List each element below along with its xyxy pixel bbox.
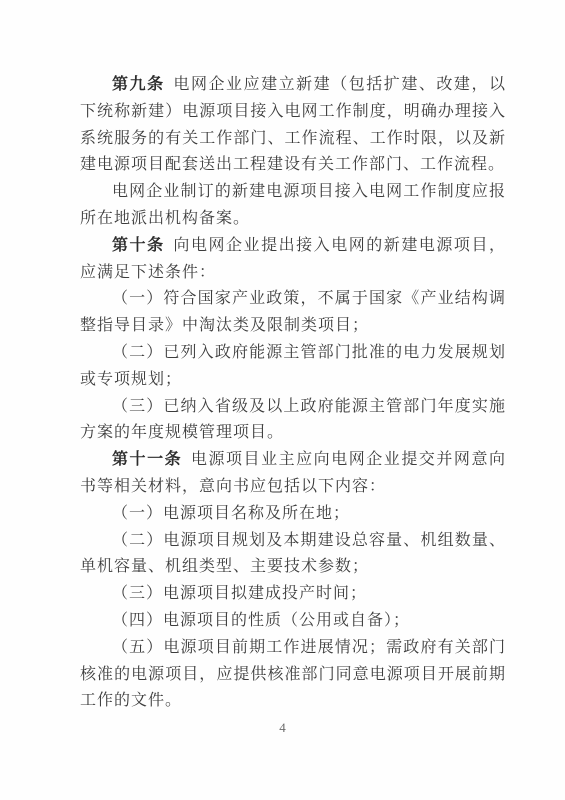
paragraph: （三）已纳入省级及以上政府能源主管部门年度实施方案的年度规模管理项目。 <box>80 394 506 448</box>
paragraph: 第十条向电网企业提出接入电网的新建电源项目，应满足下述条件： <box>80 233 506 287</box>
paragraph: （二）电源项目规划及本期建设总容量、机组数量、单机容量、机组类型、主要技术参数； <box>80 528 506 582</box>
paragraph-text: （一）符合国家产业政策，不属于国家《产业结构调整指导目录》中淘汰类及限制类项目； <box>80 290 506 334</box>
paragraph-text: （五）电源项目前期工作进展情况；需政府有关部门核准的电源项目，应提供核准部门同意… <box>80 639 506 710</box>
paragraph: （一）符合国家产业政策，不属于国家《产业结构调整指导目录》中淘汰类及限制类项目； <box>80 286 506 340</box>
paragraph: （一）电源项目名称及所在地； <box>80 501 506 528</box>
paragraph-text: （二）电源项目规划及本期建设总容量、机组数量、单机容量、机组类型、主要技术参数； <box>80 532 506 576</box>
paragraph: （五）电源项目前期工作进展情况；需政府有关部门核准的电源项目，应提供核准部门同意… <box>80 635 506 715</box>
article-number-label: 第九条 <box>112 76 165 93</box>
paragraph-text: （三）电源项目拟建成投产时间； <box>112 585 367 602</box>
paragraph: （四）电源项目的性质（公用或自备）； <box>80 608 506 635</box>
article-number-label: 第十一条 <box>112 451 182 468</box>
paragraph: 第九条电网企业应建立新建（包括扩建、改建，以下统称新建）电源项目接入电网工作制度… <box>80 72 506 179</box>
paragraph-text: （二）已列入政府能源主管部门批准的电力发展规划或专项规划； <box>80 344 506 388</box>
page-number: 4 <box>0 720 565 736</box>
paragraph-text: （一）电源项目名称及所在地； <box>112 505 350 522</box>
paragraph: 电网企业制订的新建电源项目接入电网工作制度应报所在地派出机构备案。 <box>80 179 506 233</box>
document-page: 第九条电网企业应建立新建（包括扩建、改建，以下统称新建）电源项目接入电网工作制度… <box>0 0 565 800</box>
document-body: 第九条电网企业应建立新建（包括扩建、改建，以下统称新建）电源项目接入电网工作制度… <box>80 72 506 715</box>
paragraph: （三）电源项目拟建成投产时间； <box>80 581 506 608</box>
paragraph-text: （三）已纳入省级及以上政府能源主管部门年度实施方案的年度规模管理项目。 <box>80 398 506 442</box>
paragraph: （二）已列入政府能源主管部门批准的电力发展规划或专项规划； <box>80 340 506 394</box>
article-number-label: 第十条 <box>112 237 165 254</box>
paragraph-text: （四）电源项目的性质（公用或自备）； <box>112 612 410 629</box>
paragraph-text: 电网企业制订的新建电源项目接入电网工作制度应报所在地派出机构备案。 <box>80 183 506 227</box>
paragraph: 第十一条电源项目业主应向电网企业提交并网意向书等相关材料，意向书应包括以下内容： <box>80 447 506 501</box>
